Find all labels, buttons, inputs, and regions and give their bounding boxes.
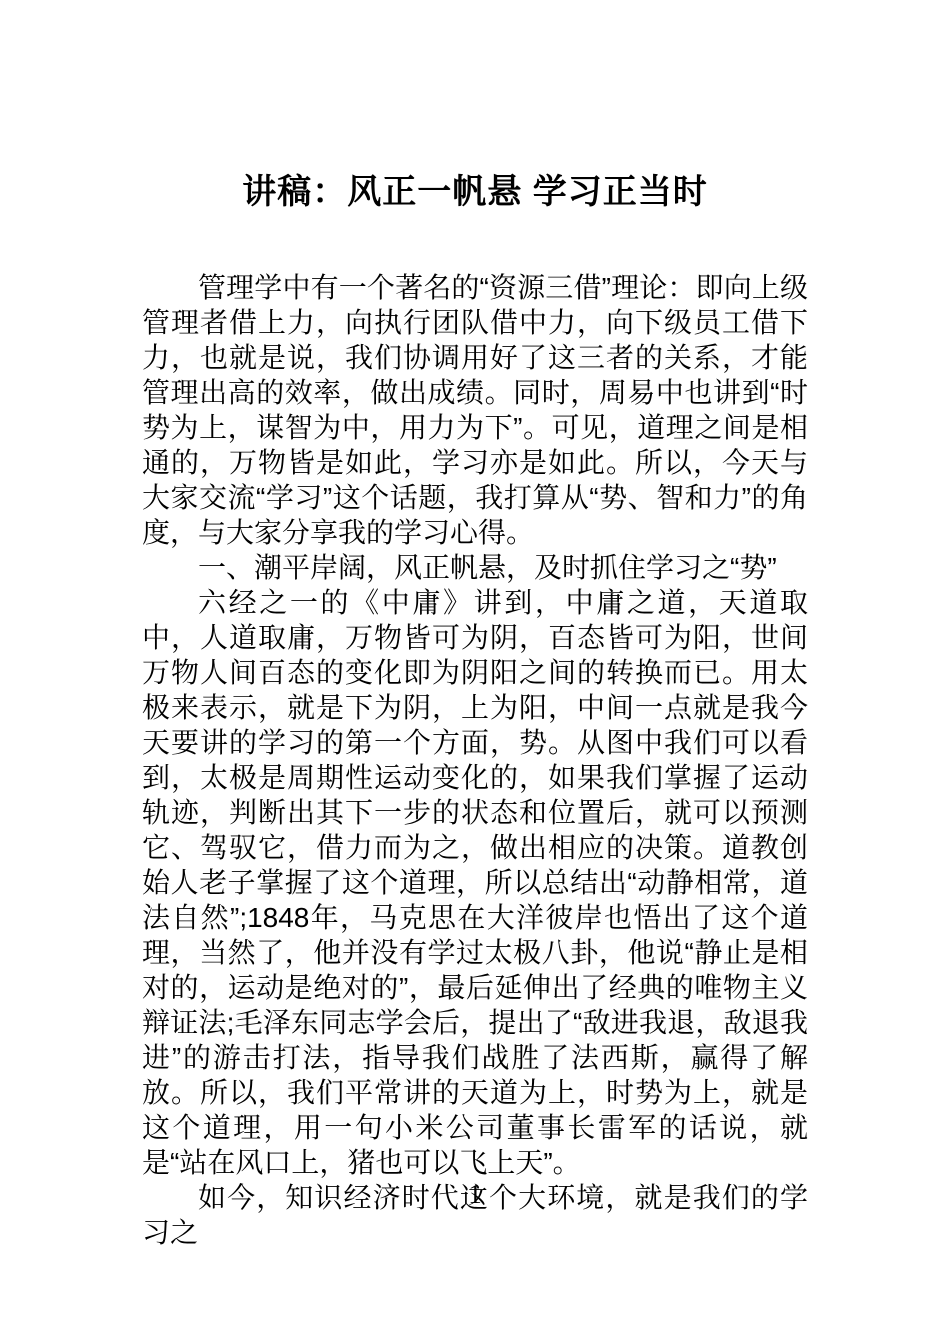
paragraph-section-1-body: 六经之一的《中庸》讲到，中庸之道，天道取中，人道取庸，万物皆可为阴，百态皆可为阳…: [142, 585, 808, 1180]
section-heading-1: 一、潮平岸阔，风正帆悬，及时抓住学习之“势”: [142, 550, 808, 585]
paragraph-intro: 管理学中有一个著名的“资源三借”理论：即向上级管理者借上力，向执行团队借中力，向…: [142, 270, 808, 550]
document-title: 讲稿：风正一帆悬 学习正当时: [142, 170, 808, 214]
document-body: 管理学中有一个著名的“资源三借”理论：即向上级管理者借上力，向执行团队借中力，向…: [142, 270, 808, 1250]
document-page: 讲稿：风正一帆悬 学习正当时 管理学中有一个著名的“资源三借”理论：即向上级管理…: [0, 0, 950, 1344]
page-number: 1: [0, 1178, 950, 1210]
